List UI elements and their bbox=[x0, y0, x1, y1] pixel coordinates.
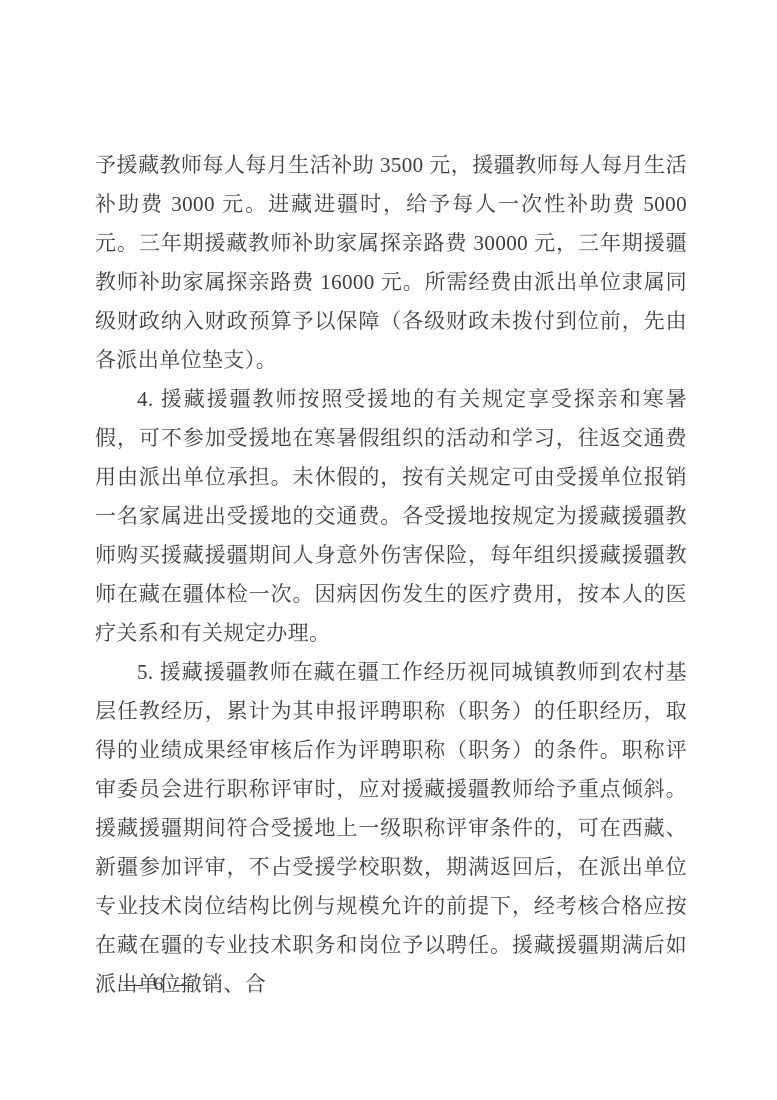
paragraph-continuation: 予援藏教师每人每月生活补助 3500 元，援疆教师每人每月生活补助费 3000 … bbox=[95, 146, 687, 380]
document-page: { "document": { "language": "zh-CN", "pa… bbox=[0, 0, 777, 1100]
paragraph-item-5: 5. 援藏援疆教师在藏在疆工作经历视同城镇教师到农村基层任教经历，累计为其申报评… bbox=[95, 653, 687, 1004]
page-number: — 6 — bbox=[124, 971, 196, 999]
paragraph-item-4: 4. 援藏援疆教师按照受援地的有关规定享受探亲和寒暑假，可不参加受援地在寒暑假组… bbox=[95, 380, 687, 653]
document-body: 予援藏教师每人每月生活补助 3500 元，援疆教师每人每月生活补助费 3000 … bbox=[95, 146, 687, 1004]
